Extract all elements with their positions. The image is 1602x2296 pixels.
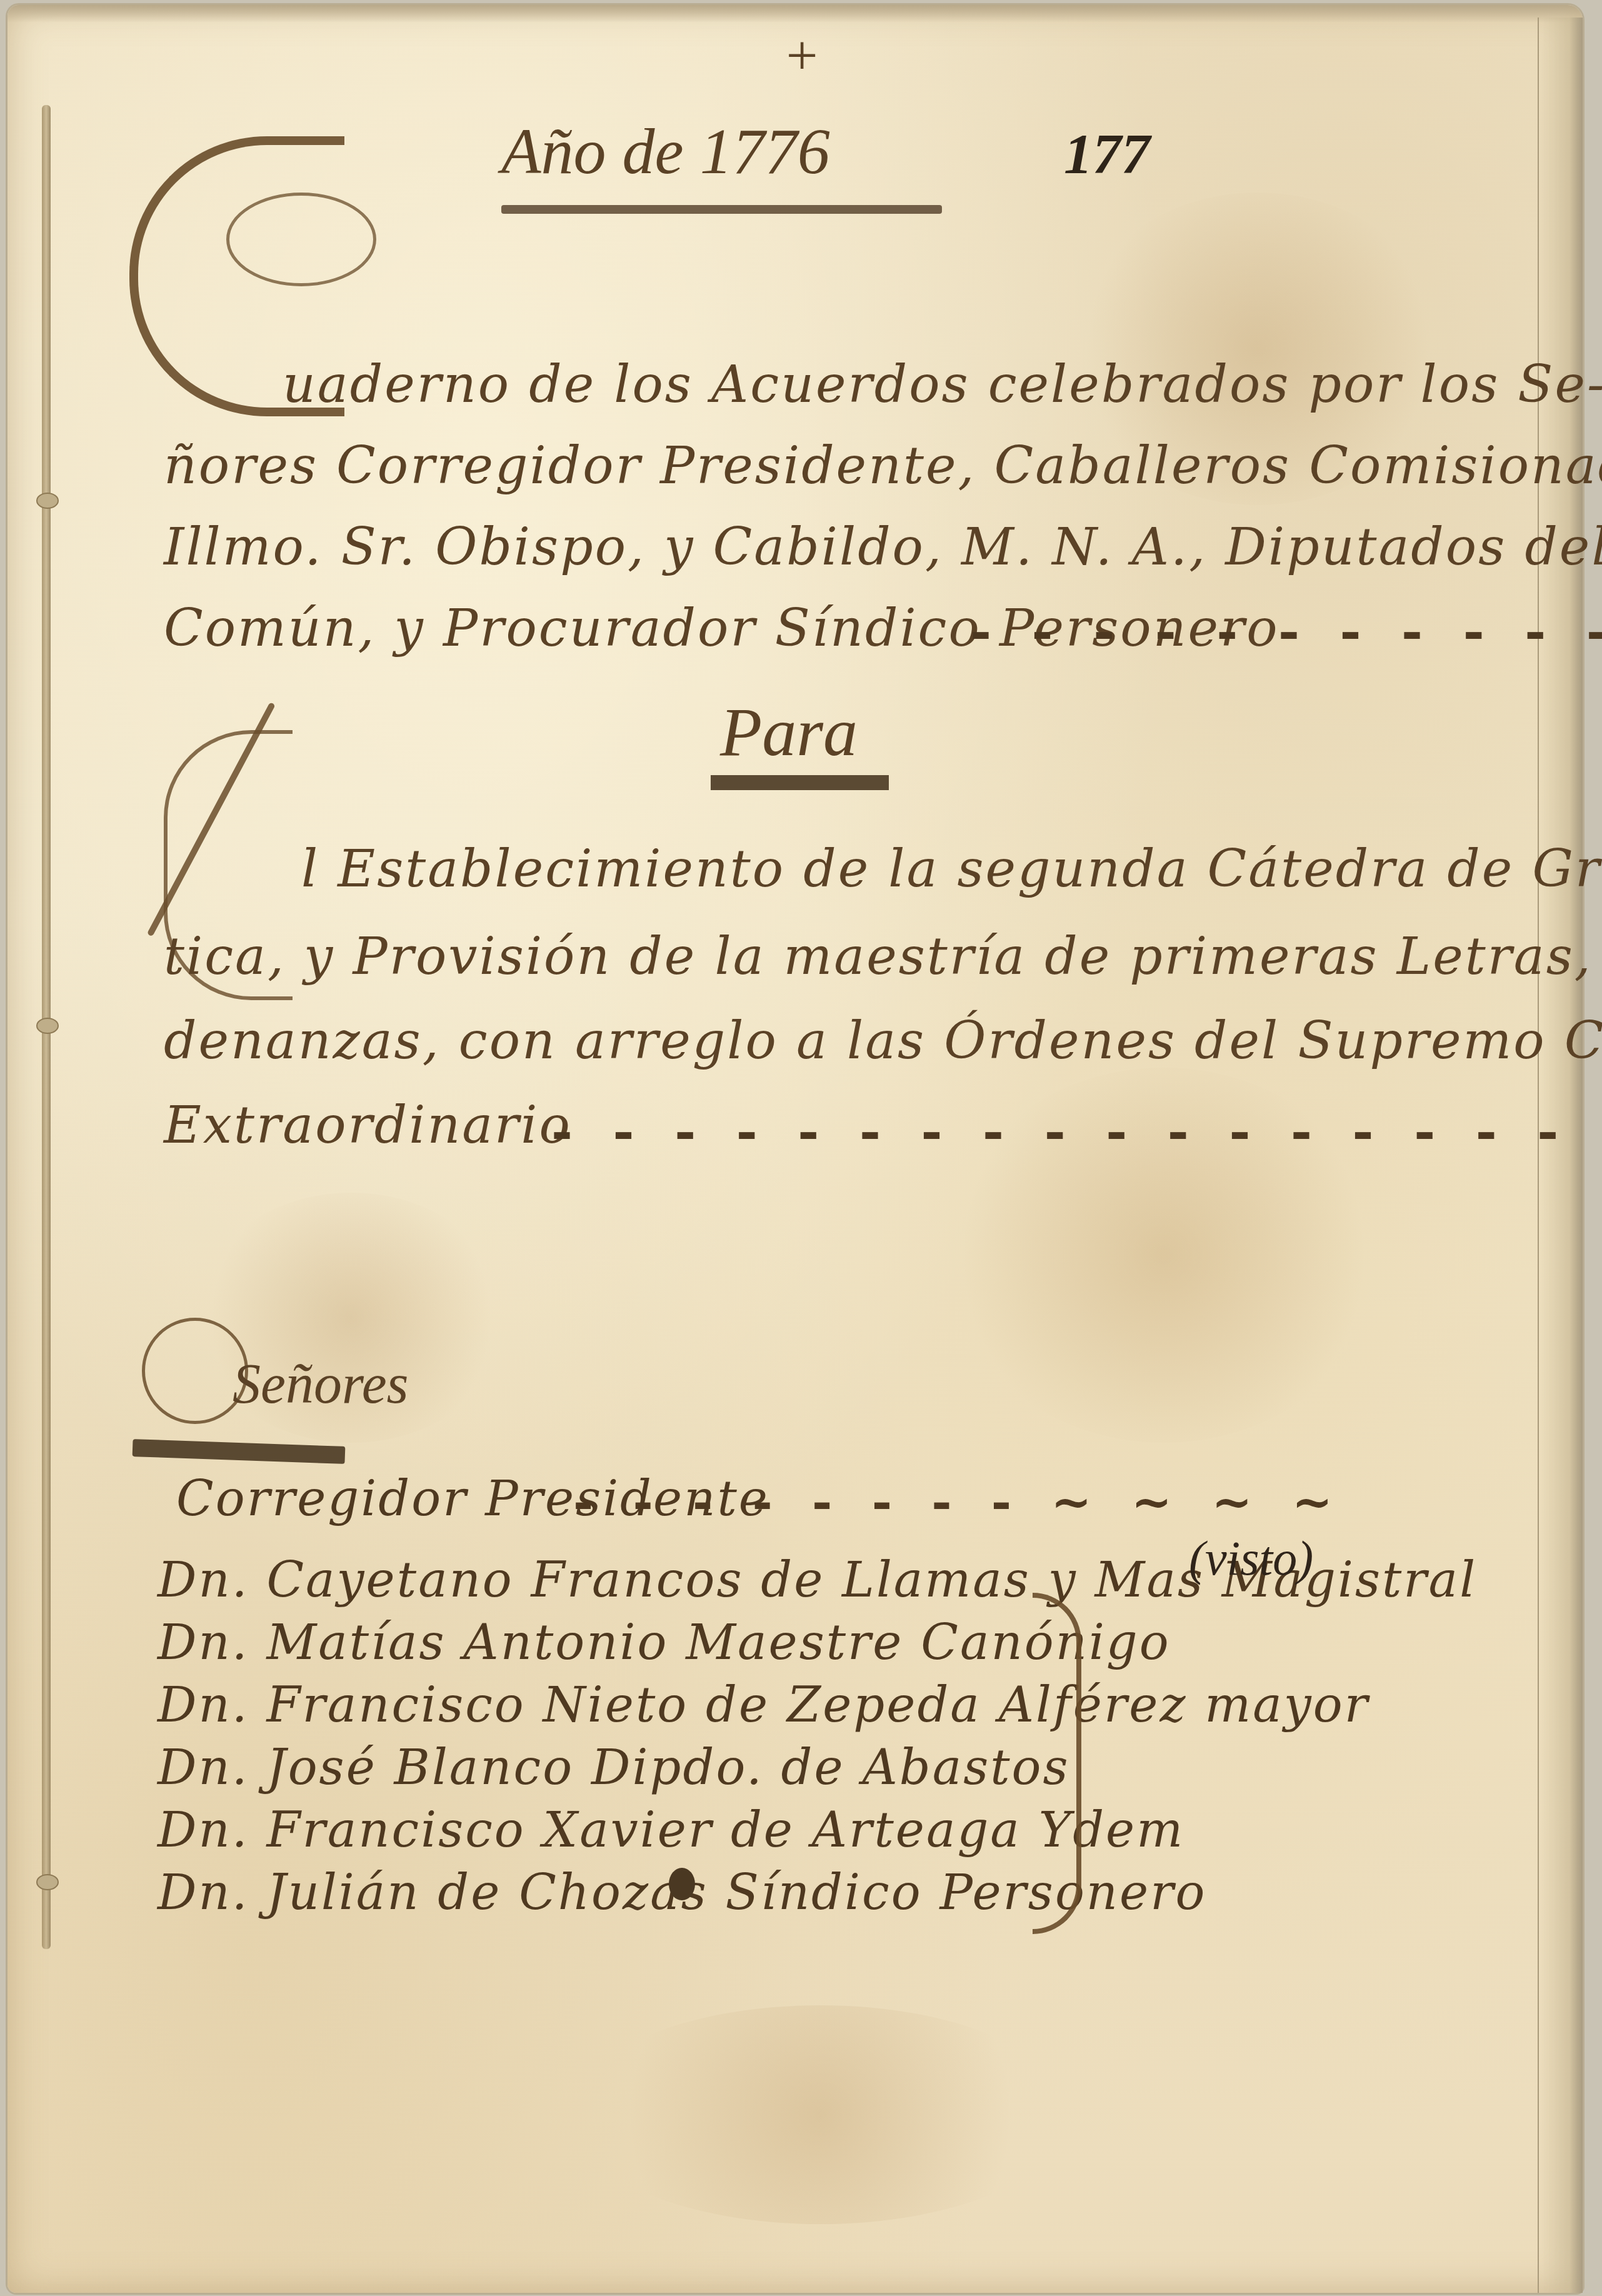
member-row: Dn. Francisco Nieto de Zepeda Alférez ma… — [158, 1677, 1369, 1733]
member-name: Matías Antonio Maestre — [266, 1615, 903, 1671]
intro-line-1: uaderno de los Acuerdos celebrados por l… — [283, 355, 1602, 414]
folio-number: 177 — [1064, 121, 1150, 187]
section-heading-para: Para — [720, 693, 858, 772]
purpose-line-3: denanzas, con arreglo a las Órdenes del … — [164, 1011, 1602, 1071]
section-heading-underline — [711, 775, 889, 790]
intro-line-3: Illmo. Sr. Obispo, y Cabildo, M. N. A., … — [164, 518, 1602, 577]
binding-knot — [36, 1874, 59, 1890]
member-row: Dn. Matías Antonio Maestre Canónigo — [158, 1615, 1171, 1671]
intro-dashes: - - - - - - - - - - - - — [970, 602, 1602, 662]
member-name: Cayetano Francos de Llamas y Mas — [266, 1552, 1204, 1608]
member-name: José Blanco — [266, 1740, 574, 1796]
member-name: Francisco Nieto de Zepeda — [266, 1677, 981, 1733]
members-heading: Señores — [233, 1352, 409, 1416]
member-title: Dn. — [158, 1677, 249, 1733]
member-row: Dn. Francisco Xavier de Arteaga Ydem — [158, 1802, 1184, 1858]
members-bracket — [1033, 1593, 1081, 1934]
member-name: Julián de Chozas — [266, 1865, 708, 1921]
member-title: Dn. — [158, 1865, 249, 1921]
purpose-line-2: tica, y Provisión de la maestría de prim… — [164, 927, 1602, 986]
binding-knot — [36, 1018, 59, 1034]
member-row: Dn. José Blanco Dipdo. de Abastos — [158, 1740, 1070, 1796]
member-title: Dn. — [158, 1615, 249, 1671]
purpose-line-1: l Establecimiento de la segunda Cátedra … — [301, 840, 1602, 899]
member-role: Síndico Personero — [726, 1865, 1207, 1921]
margin-note-visto: (visto) — [1189, 1530, 1313, 1587]
member-title: Dn. — [158, 1552, 249, 1608]
binding-knot — [36, 493, 59, 509]
drop-cap-c-flourish — [226, 193, 376, 286]
members-heading-underline — [133, 1439, 346, 1464]
member-title: Dn. — [158, 1802, 249, 1858]
year-title: Año de 1776 — [501, 114, 830, 189]
manuscript-page: + Año de 1776 177 uaderno de los Acuerdo… — [8, 5, 1583, 2293]
water-stain — [570, 2005, 1070, 2224]
purpose-line-4: Extraordinario — [164, 1096, 572, 1155]
title-underline — [501, 205, 942, 214]
purpose-dashes: - - - - - - - - - - - - - - - - - — [551, 1102, 1569, 1162]
intro-line-2: ñores Corregidor Presidente, Caballeros … — [164, 436, 1602, 496]
cross-mark: + — [783, 24, 821, 88]
member-name: Francisco Xavier de Arteaga — [266, 1802, 1021, 1858]
member-title: Dn. — [158, 1740, 249, 1796]
member-first-dashes: - - - - - - - - ~ ~ ~ ~ — [573, 1474, 1344, 1531]
member-role: Dipdo. de Abastos — [591, 1740, 1070, 1796]
ink-blot — [669, 1868, 695, 1900]
page-top-edge — [8, 5, 1583, 23]
